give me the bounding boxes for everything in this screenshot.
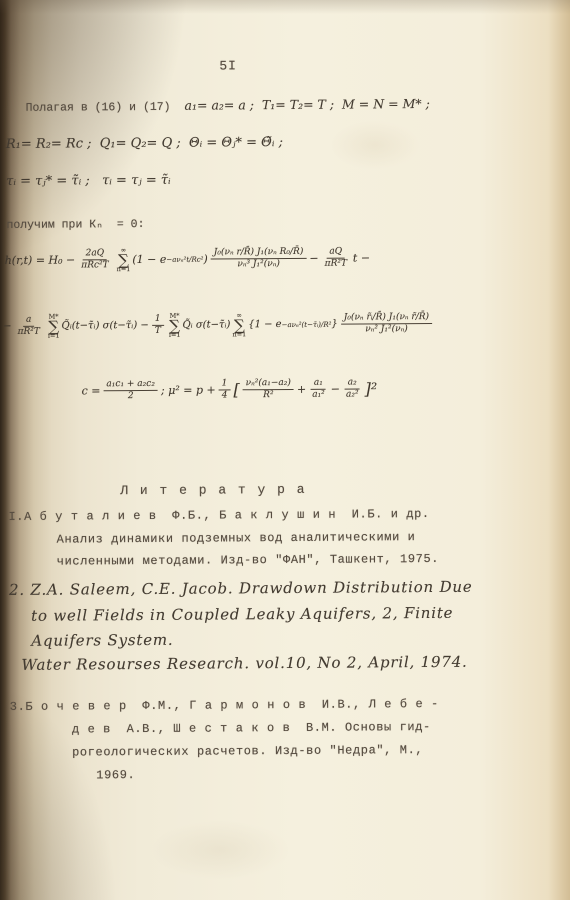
summation: M* ∑ i=1 [48,314,60,340]
denominator: 2 [125,391,137,402]
eq-brace-open: {1 − e [248,319,281,330]
reference-3-line-4: 1969. [96,768,135,782]
page-content: 5I Полагая в (16) и (17) a₁= a₂= a ; T₁=… [0,0,570,900]
summation: ∞ ∑ n=1 [232,312,246,338]
numerator: a₁ [311,378,326,390]
reference-1-line-2: Анализ динамики подземных вод аналитичес… [57,530,416,547]
assumptions-line-2: R₁= R₂= Rc ; Q₁= Q₂= Q ; Θᵢ = Θⱼ* = Θ̃ᵢ … [6,135,283,152]
sum-lower-limit: i=1 [169,332,181,339]
numerator: 1 [219,378,231,390]
denominator: πR²T [322,259,350,270]
numerator: a₂ [345,377,360,389]
fraction: 1 4 [219,378,231,402]
eq-bracket-close: ]² [364,380,377,399]
fraction: a₁c₁ + a₂c₂ 2 [103,379,158,403]
denominator: a₁² [309,390,328,401]
eq-term: Q̃ᵢ σ(t−τ̃ᵢ) [182,320,230,331]
fraction: νₙ²(a₁−a₂) R² [243,378,294,402]
fraction: a πR²T [14,315,42,339]
numerator: a [23,315,34,327]
sum-lower-limit: n=1 [232,332,246,339]
denominator: πR²T [15,327,43,338]
fraction: 2aQ πRc²T [78,248,112,272]
fraction: a₂ a₂² [343,377,362,401]
sum-lower-limit: i=1 [48,333,60,340]
eq-lhs: h(r,t) = H₀ − [5,254,76,267]
denominator: νₙ³ J₁²(νₙ) [234,259,283,271]
reference-3-line-2: д е в А.В., Ш е с т а к о в В.М. Основы … [72,720,431,737]
eq-mid: ; μ² = p + [161,384,216,397]
eq-term: Q̃ᵢ(t−τ̃ᵢ) σ(t−τ̃ᵢ) − [61,320,148,332]
sum-lower-limit: n=1 [117,266,131,273]
intro-hand-assumptions: a₁= a₂= a ; T₁= T₂= T ; M = N = M* ; [184,96,429,113]
eq-minus: − [309,252,318,265]
eq-lhs: c = [82,385,101,398]
denominator: νₙ² J₁²(νₙ) [362,324,411,336]
eq-lead-minus: − [3,321,11,332]
fraction: aQ πR²T [322,247,350,271]
reference-2-line-3: Aquifers System. [31,631,173,650]
numerator: aQ [326,247,345,259]
equation-main: h(r,t) = H₀ − 2aQ πRc²T ∞ ∑ n=1 (1 − e−a… [5,245,371,273]
eq-paren-close: ) [203,253,207,266]
reference-1-line-3: численными методами. Изд-во "ФАН", Ташке… [57,552,439,569]
eq-bracket-open: [ [233,381,239,400]
page-number: 5I [219,58,237,73]
equation-coefficients: c = a₁c₁ + a₂c₂ 2 ; μ² = p + 1 4 [ νₙ²(a… [82,377,378,403]
reference-1-line-1: I.А б у т а л и е в Ф.Б., Б а к л у ш и … [8,507,429,524]
summation: M* ∑ i=1 [169,313,181,339]
denominator: 4 [219,391,231,402]
reference-2-line-4: Water Resourses Research. vol.10, No 2, … [21,653,467,674]
eq-brace-close: } [331,319,337,330]
numerator: a₁c₁ + a₂c₂ [103,379,158,392]
denominator: R² [260,390,276,401]
bibliography-heading: Л и т е р а т у р а [120,482,306,498]
denominator: a₂² [343,390,362,401]
fraction: J₀(νₙ r/R̄) J₁(νₙ R₀/R̄) νₙ³ J₁²(νₙ) [211,247,307,271]
denominator: T [152,326,164,337]
numerator: νₙ²(a₁−a₂) [243,378,294,391]
fraction: a₁ a₁² [309,378,328,402]
reference-2-line-2: to well Fields in Coupled Leaky Aquifers… [31,604,453,625]
numerator: J₀(νₙ r̃ᵢ/R̄) J₁(νₙ r̃/R̄) [341,312,432,325]
reference-3-line-3: рогеологических расчетов. Изд-во "Недра"… [72,743,423,759]
eq-paren-open: (1 − e [132,253,166,266]
equation-continued: − a πR²T M* ∑ i=1 Q̃ᵢ(t−τ̃ᵢ) σ(t−τ̃ᵢ) − … [3,311,435,340]
fraction: 1 T [152,314,164,338]
eq-plus: + [297,383,306,396]
eq-tail: t − [353,252,370,265]
scanned-page: 5I Полагая в (16) и (17) a₁= a₂= a ; T₁=… [0,0,570,900]
condition-line: получим при Кₙ = 0: [6,216,144,232]
numerator: 1 [152,314,164,326]
intro-line: Полагая в (16) и (17) a₁= a₂= a ; T₁= T₂… [26,96,430,115]
intro-typed-text: Полагая в (16) и (17) [26,101,171,115]
eq-minus: − [331,383,340,396]
reference-2-line-1: 2. Z.A. Saleem, C.E. Jacob. Drawdown Dis… [9,578,473,599]
reference-3-line-1: 3.Б о ч е в е р Ф.М., Г а р м о н о в И.… [10,697,439,714]
numerator: J₀(νₙ r/R̄) J₁(νₙ R₀/R̄) [211,247,307,260]
eq-exponent: −aνₙ²(t−τ̃ᵢ)/R² [282,321,332,329]
eq-exponent: −aνₙ²t/Rc² [166,255,203,263]
summation: ∞ ∑ n=1 [116,247,130,273]
assumptions-line-3: τᵢ = τⱼ* = τ̃ᵢ ; τᵢ = τⱼ = τ̃ᵢ [6,173,171,189]
denominator: πRc²T [78,261,111,272]
fraction: J₀(νₙ r̃ᵢ/R̄) J₁(νₙ r̃/R̄) νₙ² J₁²(νₙ) [341,312,433,336]
numerator: 2aQ [83,248,108,260]
